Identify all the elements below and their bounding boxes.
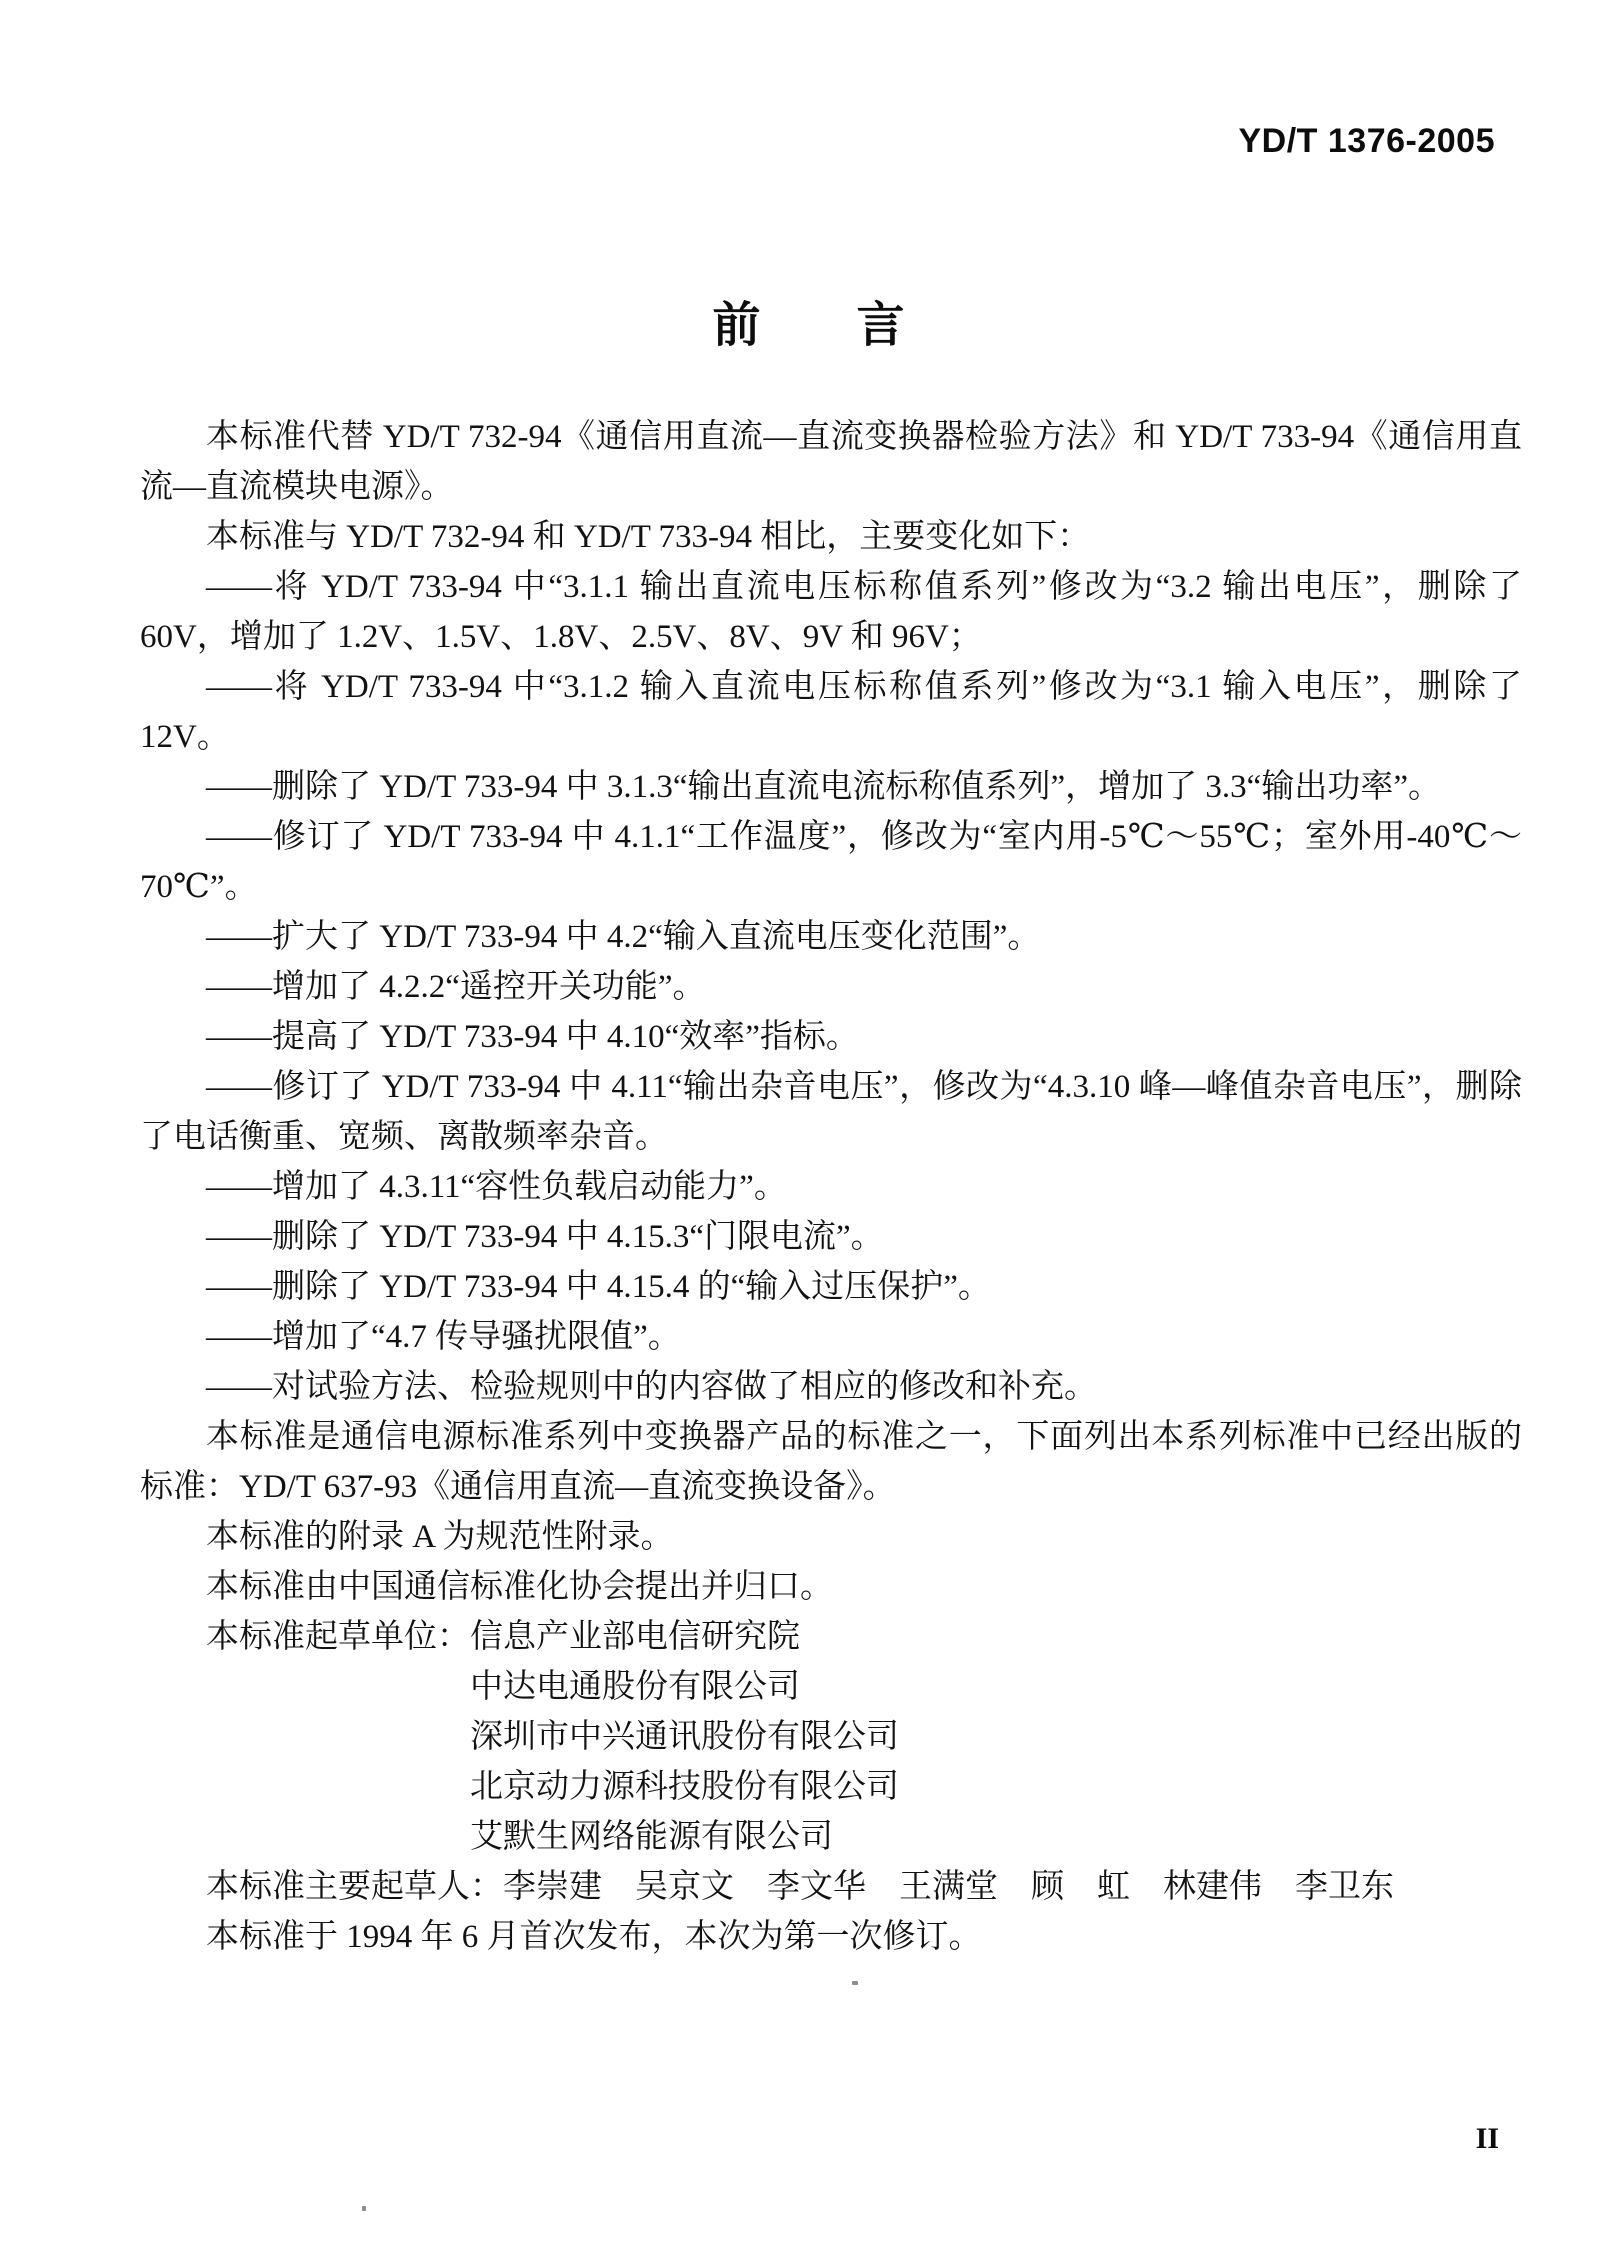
page-title: 前 言 [0, 286, 1617, 355]
drafting-unit: 信息产业部电信研究院 [470, 1612, 899, 1662]
change-list-item: ——修订了 YD/T 733-94 中 4.11“输出杂音电压”，修改为“4.3… [140, 1062, 1522, 1162]
change-list-item: ——增加了“4.7 传导骚扰限值”。 [140, 1312, 1522, 1362]
revision-history-line: 本标准于 1994 年 6 月首次发布，本次为第一次修订。 [140, 1912, 1522, 1962]
drafters-line: 本标准主要起草人：李崇建 吴京文 李文华 王满堂 顾 虹 林建伟 李卫东 [140, 1862, 1522, 1912]
drafting-unit: 中达电通股份有限公司 [470, 1662, 899, 1712]
scan-artifact-speck [536, 1424, 542, 1427]
change-list-item: ——对试验方法、检验规则中的内容做了相应的修改和补充。 [140, 1362, 1522, 1412]
change-list-item: ——提高了 YD/T 733-94 中 4.10“效率”指标。 [140, 1012, 1522, 1062]
change-list-item: ——将 YD/T 733-94 中“3.1.2 输入直流电压标称值系列”修改为“… [140, 662, 1522, 762]
drafting-units-block: 本标准起草单位： 信息产业部电信研究院 中达电通股份有限公司 深圳市中兴通讯股份… [140, 1612, 1522, 1862]
paragraph: 本标准由中国通信标准化协会提出并归口。 [140, 1562, 1522, 1612]
change-list-item: ——删除了 YD/T 733-94 中 4.15.3“门限电流”。 [140, 1212, 1522, 1262]
change-list-item: ——修订了 YD/T 733-94 中 4.1.1“工作温度”，修改为“室内用-… [140, 812, 1522, 912]
change-list-item: ——扩大了 YD/T 733-94 中 4.2“输入直流电压变化范围”。 [140, 912, 1522, 962]
scan-artifact-speck [852, 1981, 858, 1985]
drafting-unit: 艾默生网络能源有限公司 [470, 1812, 899, 1862]
change-list-item: ——增加了 4.3.11“容性负载启动能力”。 [140, 1162, 1522, 1212]
change-list-item: ——将 YD/T 733-94 中“3.1.1 输出直流电压标称值系列”修改为“… [140, 562, 1522, 662]
paragraph: 本标准代替 YD/T 732-94《通信用直流—直流变换器检验方法》和 YD/T… [140, 412, 1522, 512]
paragraph: 本标准与 YD/T 732-94 和 YD/T 733-94 相比，主要变化如下… [140, 512, 1522, 562]
drafting-unit: 深圳市中兴通讯股份有限公司 [470, 1712, 899, 1762]
drafting-unit: 北京动力源科技股份有限公司 [470, 1762, 899, 1812]
document-page: YD/T 1376-2005 前 言 本标准代替 YD/T 732-94《通信用… [0, 0, 1617, 2244]
change-list-item: ——删除了 YD/T 733-94 中 3.1.3“输出直流电流标称值系列”，增… [140, 762, 1522, 812]
standard-code: YD/T 1376-2005 [0, 122, 1495, 161]
drafting-units-list: 信息产业部电信研究院 中达电通股份有限公司 深圳市中兴通讯股份有限公司 北京动力… [470, 1612, 899, 1862]
change-list-item: ——删除了 YD/T 733-94 中 4.15.4 的“输入过压保护”。 [140, 1262, 1522, 1312]
drafting-units-label: 本标准起草单位： [140, 1612, 470, 1662]
scan-artifact-speck [362, 2206, 366, 2211]
paragraph: 本标准的附录 A 为规范性附录。 [140, 1512, 1522, 1562]
paragraph: 本标准是通信电源标准系列中变换器产品的标准之一，下面列出本系列标准中已经出版的标… [140, 1412, 1522, 1512]
change-list-item: ——增加了 4.2.2“遥控开关功能”。 [140, 962, 1522, 1012]
page-number: II [1476, 2122, 1499, 2156]
foreword-body: 本标准代替 YD/T 732-94《通信用直流—直流变换器检验方法》和 YD/T… [140, 412, 1522, 1962]
